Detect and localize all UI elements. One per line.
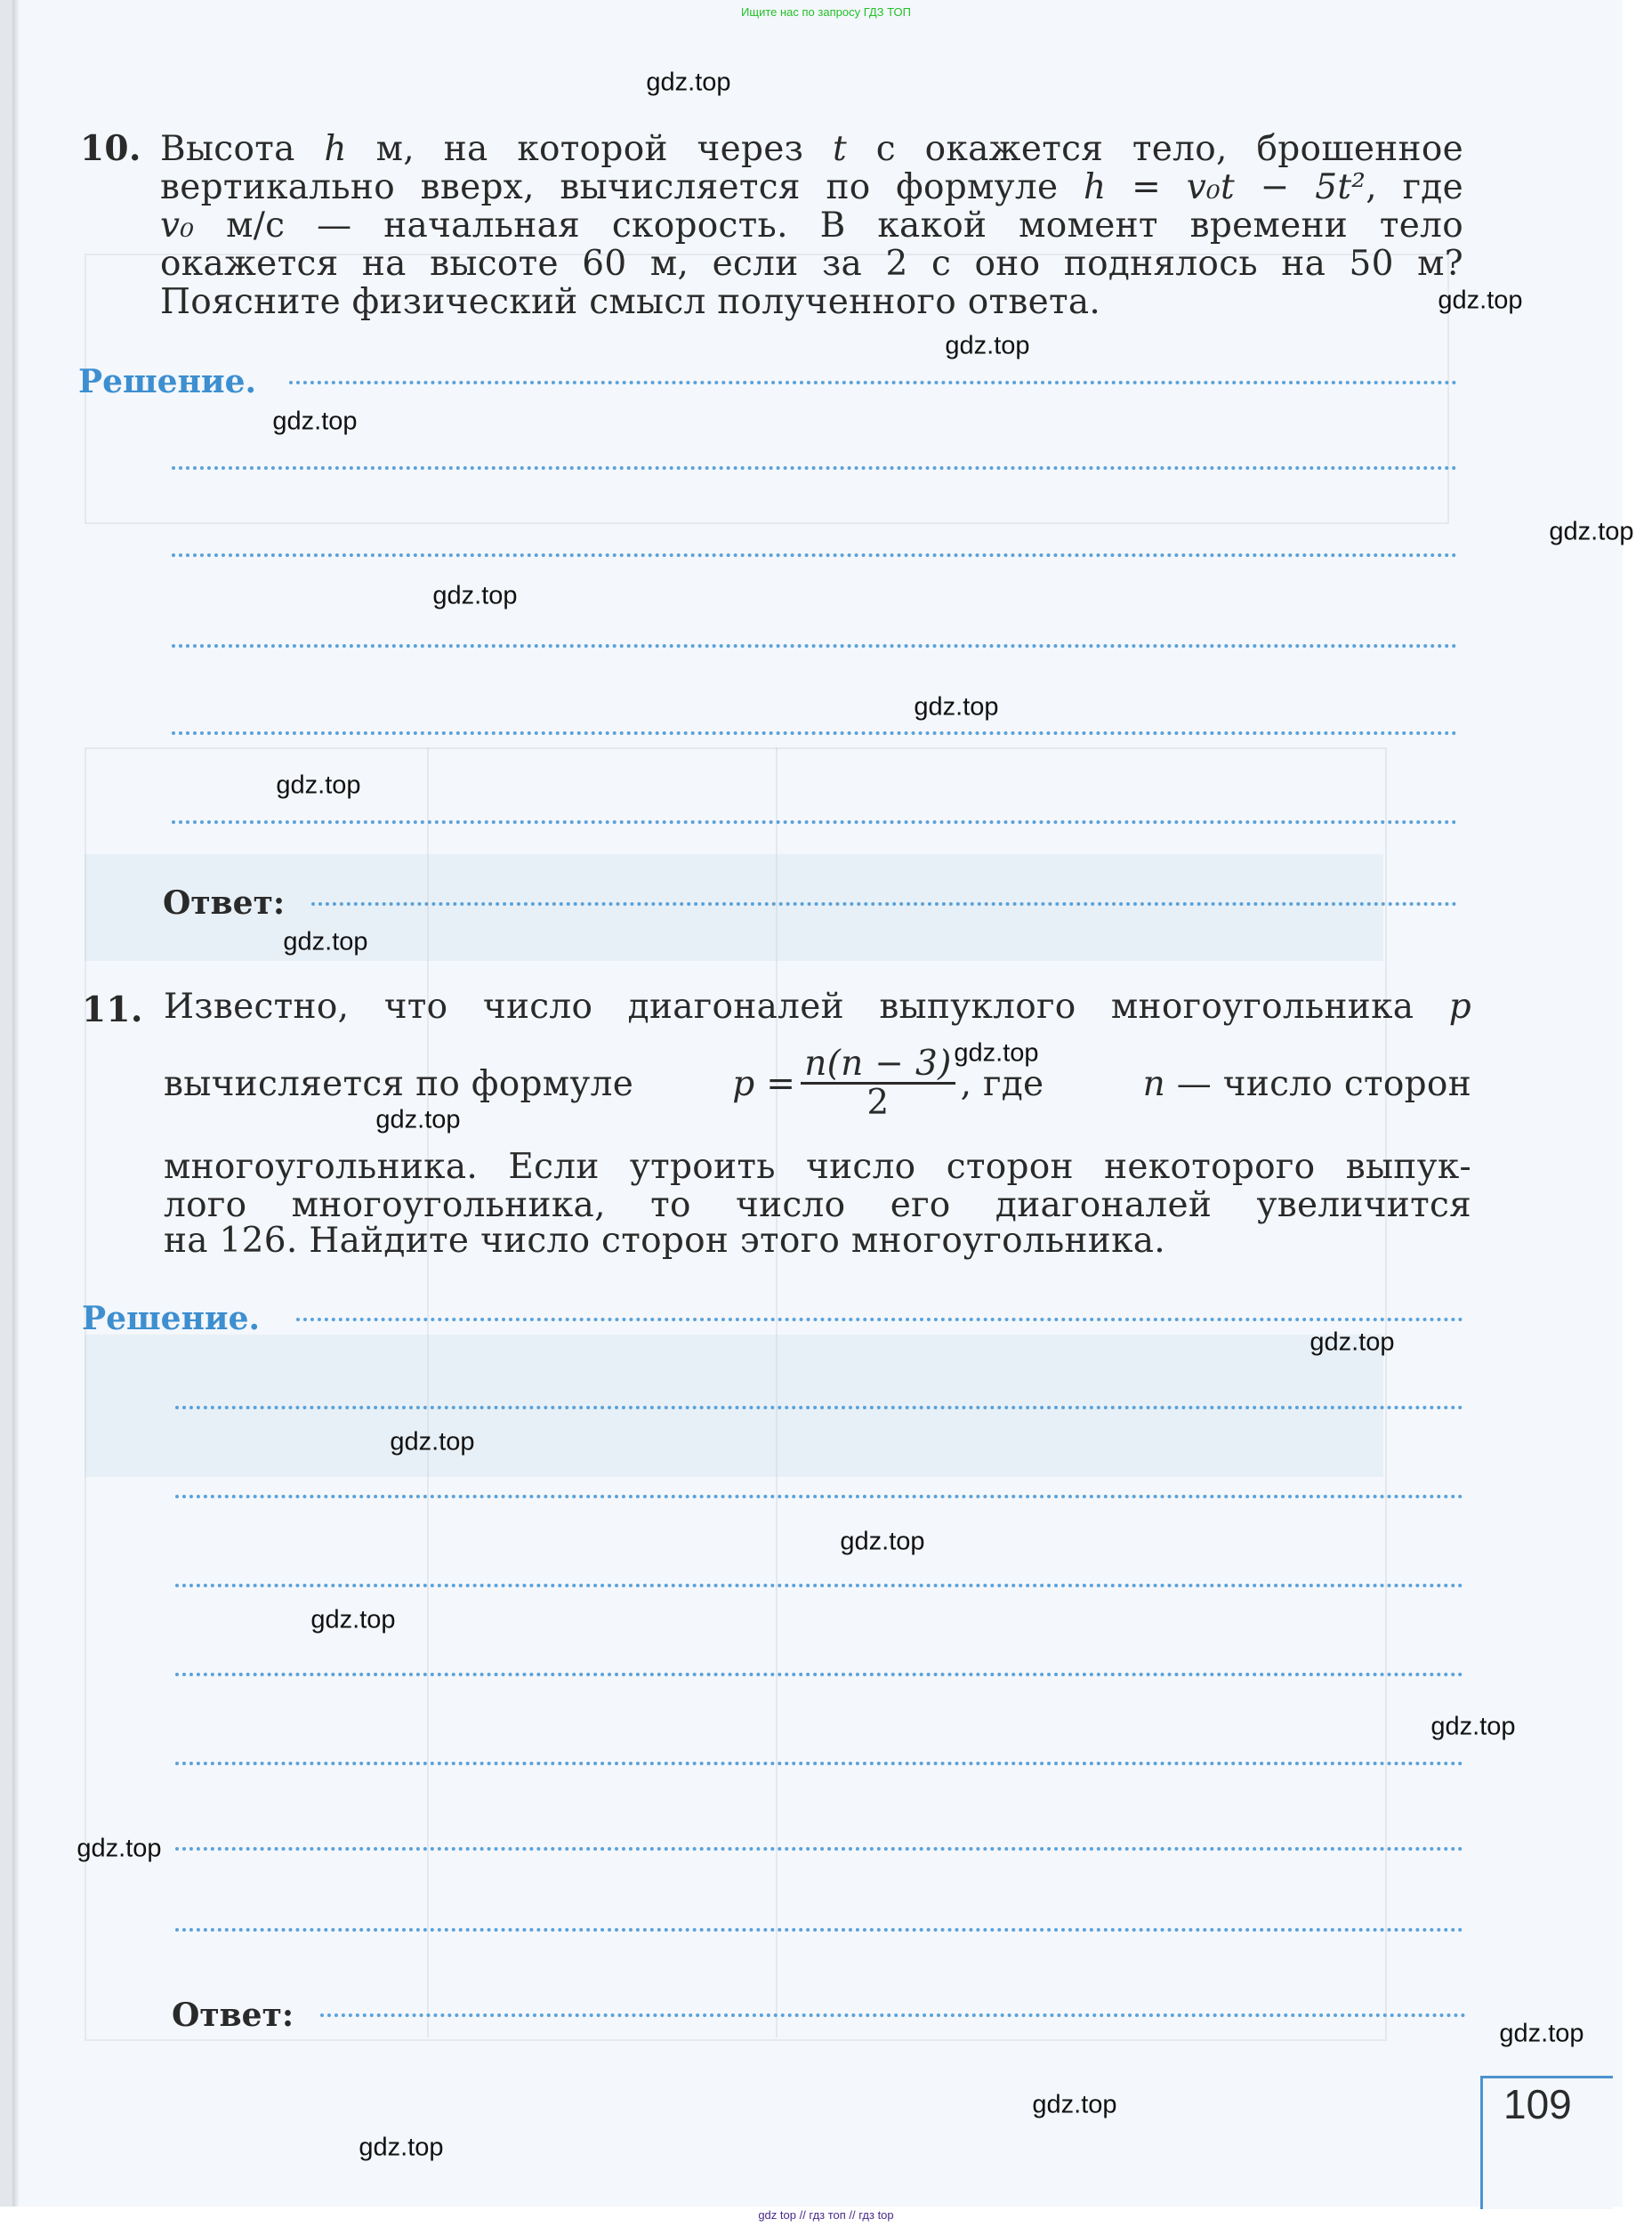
- answer-line[interactable]: [172, 553, 1457, 557]
- problem-10-line: Высота h м, на которой через t с окажетс…: [160, 130, 1463, 168]
- answer-line[interactable]: [175, 1673, 1463, 1676]
- answer-line[interactable]: [175, 1406, 1463, 1409]
- formula: h = v₀t − 5t²: [1084, 167, 1366, 207]
- problem-11-line-3: многоугольника. Если утроить число сторо…: [164, 1148, 1471, 1186]
- watermark: gdz.top: [283, 928, 367, 957]
- answer-line[interactable]: [175, 1495, 1463, 1498]
- watermark: gdz.top: [1310, 1328, 1394, 1358]
- watermark: gdz.top: [954, 1039, 1038, 1069]
- problem-11-line-2: вычисляется по формуле p = n(n − 3) 2 , …: [164, 1046, 1471, 1122]
- answer-line[interactable]: [172, 731, 1457, 735]
- solution-label-11: Решение.: [82, 1300, 260, 1337]
- watermark: gdz.top: [1499, 2020, 1584, 2049]
- watermark: gdz.top: [1032, 2091, 1116, 2120]
- answer-field[interactable]: [311, 902, 1457, 906]
- answer-field[interactable]: [320, 2013, 1466, 2017]
- answer-line[interactable]: [172, 466, 1457, 470]
- watermark: gdz.top: [1549, 518, 1633, 547]
- answer-line[interactable]: [175, 1847, 1463, 1851]
- page-number: 109: [1503, 2080, 1572, 2128]
- problem-11-line-5: на 126. Найдите число сторон этого много…: [164, 1222, 1165, 1260]
- watermark: gdz.top: [375, 1106, 460, 1135]
- problem-10-number: 10.: [80, 130, 141, 168]
- watermark: gdz.top: [1430, 1713, 1515, 1742]
- answer-line[interactable]: [175, 1762, 1463, 1765]
- watermark: gdz.top: [914, 693, 998, 722]
- watermark: gdz.top: [390, 1428, 474, 1457]
- watermark: gdz.top: [432, 582, 517, 611]
- problem-11-line-1: Известно, что число диагоналей выпуклого…: [164, 988, 1471, 1026]
- problem-10-line: окажется на высоте 60 м, если за 2 с оно…: [160, 245, 1463, 283]
- solution-label-10: Решение.: [78, 363, 256, 400]
- watermark: gdz.top: [646, 69, 730, 98]
- search-banner[interactable]: Ищите нас по запросу ГДЗ ТОП: [0, 5, 1652, 19]
- watermark: gdz.top: [359, 2134, 443, 2163]
- answer-line[interactable]: [172, 820, 1457, 824]
- problem-11-number: 11.: [82, 991, 143, 1029]
- problem-10-line: Поясните физический смысл полученного от…: [160, 283, 1463, 321]
- answer-label-11: Ответ:: [172, 1997, 294, 2034]
- watermark: gdz.top: [840, 1528, 924, 1557]
- problem-10-line: v₀ м/с — начальная скорость. В какой мом…: [160, 206, 1463, 245]
- footer-links[interactable]: gdz top // гдз топ // гдз top: [0, 2208, 1652, 2222]
- watermark: gdz.top: [1438, 286, 1522, 316]
- watermark: gdz.top: [77, 1835, 161, 1864]
- problem-11-line-4: лого многоугольника, то число его диагон…: [164, 1186, 1471, 1224]
- answer-line[interactable]: [175, 1928, 1463, 1932]
- answer-line[interactable]: [172, 644, 1457, 648]
- watermark: gdz.top: [276, 771, 360, 801]
- problem-10-line: вертикально вверх, вычисляется по формул…: [160, 168, 1463, 206]
- problem-10-text: Высота h м, на которой через t с окажетс…: [160, 130, 1463, 321]
- answer-line[interactable]: [175, 1584, 1463, 1587]
- answer-label-10: Ответ:: [163, 884, 285, 922]
- answer-line[interactable]: [296, 1318, 1463, 1321]
- watermark: gdz.top: [945, 332, 1029, 361]
- answer-line[interactable]: [289, 381, 1457, 384]
- watermark: gdz.top: [272, 407, 357, 437]
- watermark: gdz.top: [310, 1606, 395, 1635]
